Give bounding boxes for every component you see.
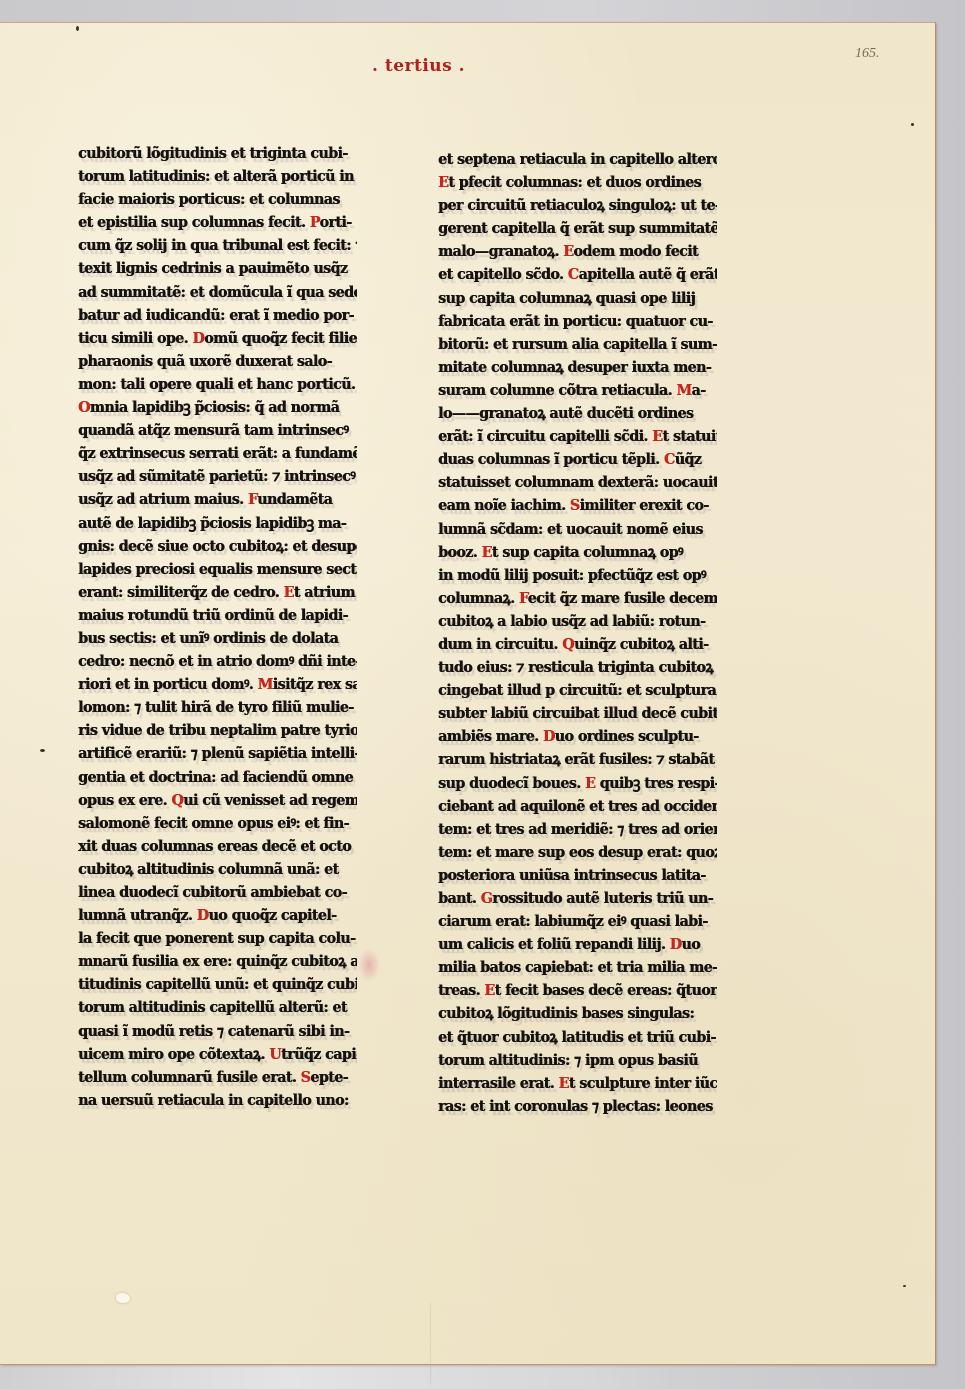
line-text-before: milia batos capiebat: et tria milia me-	[438, 958, 717, 976]
text-line: torum altitudinis capitellũ alterũ: et	[78, 996, 357, 1019]
text-line: cingebat illud p circuitũ: et sculptura	[438, 679, 717, 702]
text-line: texit lignis cedrinis a pauimẽto usq̃z	[78, 257, 357, 280]
line-text-after: t statuit	[662, 427, 717, 445]
text-line: tem: et mare sup eos desup erat: quoꝝ	[438, 841, 717, 864]
line-text-before: facie maioris porticus: et columnas	[78, 190, 340, 208]
line-text-before: gnis: decẽ siue octo cubitoꝝ: et desuper	[78, 537, 357, 555]
margin-mark	[40, 749, 45, 752]
line-text-after: imiliter erexit co-	[579, 496, 708, 514]
text-line: riori et in porticu domꝰ. Misitq̃z rex s…	[78, 673, 357, 696]
text-line: gerent capitella q̃ erãt sup summitatẽ	[438, 217, 717, 240]
text-line: gentia et doctrina: ad faciendũ omne	[78, 766, 357, 789]
line-text-after: ũq̃z	[675, 450, 702, 468]
rubricated-initial: S	[301, 1068, 311, 1086]
text-line: quandã atq̃z mensurã tam intrinsecꝰ	[78, 419, 357, 442]
text-line: erãt: ĩ circuitu capitelli sc̃di. Et sta…	[438, 425, 717, 448]
line-text-before: ris vidue de tribu neptalim patre tyrio	[78, 721, 357, 739]
rubricated-initial: E	[482, 543, 492, 561]
rubricated-initial: E	[652, 427, 662, 445]
text-line: duas columnas ĩ porticu tẽpli. Cũq̃z	[438, 448, 717, 471]
line-text-before: torum latitudinis: et alterã porticũ in	[78, 167, 354, 185]
text-line: booz. Et sup capita columnaꝝ opꝰ	[438, 541, 717, 564]
text-line: ciebant ad aquilonẽ et tres ad occiden-	[438, 795, 717, 818]
text-line: et epistilia sup columnas fecit. Porti-	[78, 211, 357, 234]
text-line: torum latitudinis: et alterã porticũ in	[78, 165, 357, 188]
text-line: torum altitudinis: ⁊ ipm opus basiũ	[438, 1049, 717, 1072]
line-text-before: cubitorũ lõgitudinis et triginta cubi-	[78, 144, 348, 162]
line-text-before: mnarũ fusilia ex ere: quinq̃z cubitoꝝ al…	[78, 952, 357, 970]
line-text-before: autẽ de lapidibꝫ p̃ciosis lapidibꝫ ma-	[78, 514, 346, 532]
line-text-before: linea duodecĩ cubitorũ ambiebat co-	[78, 883, 347, 901]
line-text-before: eam noĩe iachim.	[438, 496, 570, 514]
text-line: subter labiũ circuibat illud decẽ cubiti…	[438, 702, 717, 725]
line-text-before: interrasile erat.	[438, 1074, 559, 1092]
line-text-before: gerent capitella q̃ erãt sup summitatẽ	[438, 219, 717, 237]
line-text-before: lumnã sc̃dam: et uocauit nomẽ eius	[438, 520, 703, 538]
text-line: lumnã sc̃dam: et uocauit nomẽ eius	[438, 518, 717, 541]
line-text-after: quibꝫ tres respi-	[595, 774, 717, 792]
line-text-before: subter labiũ circuibat illud decẽ cubiti…	[438, 704, 717, 722]
text-line: et q̃tuor cubitoꝝ latitudis et triũ cubi…	[438, 1026, 717, 1049]
text-line: opus ex ere. Qui cũ venisset ad regem	[78, 789, 357, 812]
rubricated-initial: M	[676, 381, 691, 399]
text-line: xit duas columnas ereas decẽ et octo	[78, 835, 357, 858]
line-text-after: a-	[691, 381, 705, 399]
rubricated-initial: E	[284, 583, 294, 601]
text-line: suram columne cõtra retiacula. Ma-	[438, 379, 717, 402]
line-text-after: mnia lapidibꝫ p̃ciosis: q̃ ad normã	[90, 398, 339, 416]
line-text-before: treas.	[438, 981, 484, 999]
line-text-before: um calicis et foliũ repandi lilij.	[438, 935, 670, 953]
line-text-before: torum altitudinis capitellũ alterũ: et	[78, 998, 347, 1016]
ink-speck	[903, 1285, 906, 1287]
line-text-before: tem: et tres ad meridiẽ: ⁊ tres ad orien…	[438, 820, 717, 838]
line-text-before: torum altitudinis: ⁊ ipm opus basiũ	[438, 1051, 698, 1069]
line-text-before: cum q̃z solij in qua tribunal est fecit:…	[78, 236, 357, 254]
running-head: . tertius .	[372, 56, 465, 76]
rubricated-initial: C	[568, 265, 579, 283]
text-line: mitate columnaꝝ desuper iuxta men-	[438, 356, 717, 379]
line-text-after: t atrium	[294, 583, 355, 601]
line-text-before: pharaonis quã uxorẽ duxerat salo-	[78, 352, 332, 370]
rubricated-initial: P	[310, 213, 320, 231]
rubricated-initial: E	[438, 173, 448, 191]
rubricated-initial: E	[559, 1074, 569, 1092]
line-text-before: usq̃z ad atrium maius.	[78, 490, 248, 508]
line-text-before: sup capita columnaꝝ quasi ope lilij	[438, 289, 695, 307]
line-text-before: usq̃z ad sũmitatẽ parietũ: ⁊ intrinsecꝰ	[78, 467, 355, 485]
text-line: cedro: necnõ et in atrio domꝰ dñi inte-	[78, 650, 357, 673]
rubricated-initial: E	[484, 981, 494, 999]
rubricated-initial: Q	[562, 635, 574, 653]
line-text-after: uo ordines sculptu-	[555, 727, 699, 745]
line-text-after: orti-	[319, 213, 351, 231]
ink-speck	[911, 123, 914, 126]
text-line: ras: et int coronulas ⁊ plectas: leones	[438, 1095, 717, 1118]
line-text-after: undamẽta	[257, 490, 332, 508]
line-text-before: uicem miro ope cõtextaꝝ.	[78, 1045, 269, 1063]
line-text-before: et epistilia sup columnas fecit.	[78, 213, 310, 231]
text-line: cubitorũ lõgitudinis et triginta cubi-	[78, 142, 357, 165]
text-line: cum q̃z solij in qua tribunal est fecit:…	[78, 234, 357, 257]
line-text-before: ras: et int coronulas ⁊ plectas: leones	[438, 1097, 713, 1115]
line-text-before: artificẽ erariũ: ⁊ plenũ sapiẽtia intell…	[78, 744, 357, 762]
text-line: eam noĩe iachim. Similiter erexit co-	[438, 494, 717, 517]
line-text-before: sup duodecĩ boues.	[438, 774, 585, 792]
line-text-after: omũ quoq̃z fecit filie	[204, 329, 357, 347]
folio-number: 165.	[855, 46, 880, 62]
text-line: lapides preciosi equalis mensure secti	[78, 558, 357, 581]
line-text-after: t sup capita columnaꝝ opꝰ	[492, 543, 683, 561]
ink-speck	[76, 26, 79, 31]
line-text-before: et capitello sc̃do.	[438, 265, 568, 283]
line-text-before: mitate columnaꝝ desuper iuxta men-	[438, 358, 711, 376]
text-line: dum in circuitu. Quinq̃z cubitoꝝ alti-	[438, 633, 717, 656]
right-text-column: et septena retiacula in capitello altero…	[438, 148, 738, 1118]
line-text-before: dum in circuitu.	[438, 635, 562, 653]
text-line: ciarum erat: labiumq̃z eiꝰ quasi labi-	[438, 910, 717, 933]
line-text-before: ciarum erat: labiumq̃z eiꝰ quasi labi-	[438, 912, 708, 930]
line-text-before: tem: et mare sup eos desup erat: quoꝝ	[438, 843, 717, 861]
line-text-before: bitorũ: et rursum alia capitella ĩ sum-	[438, 335, 717, 353]
line-text-before: ciebant ad aquilonẽ et tres ad occiden-	[438, 797, 717, 815]
text-line: ad summitatẽ: et domũcula ĩ qua sede-	[78, 281, 357, 304]
line-text-before: quasi ĩ modũ retis ⁊ catenarũ sibi in-	[78, 1022, 349, 1040]
text-line: bus sectis: et unĩꝰ ordinis de dolata	[78, 627, 357, 650]
line-text-before: cingebat illud p circuitũ: et sculptura	[438, 681, 716, 699]
line-text-before: bant.	[438, 889, 481, 907]
line-text-after: rossitudo autẽ luteris triũ un-	[492, 889, 713, 907]
line-text-before: la fecit que ponerent sup capita colu-	[78, 929, 355, 947]
line-text-after: t pfecit columnas: et duos ordines	[448, 173, 701, 191]
rubricated-initial: D	[192, 329, 204, 347]
rubricated-initial: S	[570, 496, 580, 514]
text-line: et capitello sc̃do. Capitella autẽ q̃ er…	[438, 263, 717, 286]
rubricated-initial: F	[248, 490, 257, 508]
rubricated-initial: E	[563, 242, 573, 260]
line-text-before: tudo eius: ⁊ resticula triginta cubitoꝝ	[438, 658, 713, 676]
line-text-before: gentia et doctrina: ad faciendũ omne	[78, 768, 353, 786]
text-line: maius rotundũ triũ ordinũ de lapidi-	[78, 604, 357, 627]
rubricated-initial: D	[197, 906, 209, 924]
line-text-before: booz.	[438, 543, 482, 561]
text-line: salomonẽ fecit omne opus eiꝰ: et fin-	[78, 812, 357, 835]
left-text-column: cubitorũ lõgitudinis et triginta cubi-to…	[78, 142, 378, 1112]
line-text-after: odem modo fecit	[573, 242, 698, 260]
text-line: statuisset columnam dexterã: uocauit	[438, 471, 717, 494]
line-text-before: fabricata erãt in porticu: quatuor cu-	[438, 312, 713, 330]
text-line: ambiẽs mare. Duo ordines sculptu-	[438, 725, 717, 748]
text-line: quasi ĩ modũ retis ⁊ catenarũ sibi in-	[78, 1020, 357, 1043]
line-text-after: epte-	[310, 1068, 348, 1086]
text-line: Et pfecit columnas: et duos ordines	[438, 171, 717, 194]
rubricated-initial: D	[543, 727, 555, 745]
text-line: interrasile erat. Et sculpture inter iũc…	[438, 1072, 717, 1095]
line-text-after: uo quoq̃z capitel-	[208, 906, 336, 924]
line-text-after: apitella autẽ q̃ erãt	[578, 265, 717, 283]
line-text-before: lumnã utranq̃z.	[78, 906, 197, 924]
text-line: posteriora uniũsa intrinsecus latita-	[438, 864, 717, 887]
line-text-before: lapides preciosi equalis mensure secti	[78, 560, 357, 578]
line-text-before: quandã atq̃z mensurã tam intrinsecꝰ	[78, 421, 348, 439]
line-text-after: ecit q̃z mare fusile decem	[528, 589, 717, 607]
text-line: uicem miro ope cõtextaꝝ. Utrũq̃z capi-	[78, 1043, 357, 1066]
text-line: rarum histriataꝝ erãt fusiles: ⁊ stabãt	[438, 748, 717, 771]
line-text-before: lo——granatoꝝ autẽ ducẽti ordines	[438, 404, 693, 422]
line-text-before: riori et in porticu domꝰ.	[78, 675, 258, 693]
line-text-after: ui cũ venisset ad regem	[183, 791, 357, 809]
text-line: tem: et tres ad meridiẽ: ⁊ tres ad orien…	[438, 818, 717, 841]
text-line: mnarũ fusilia ex ere: quinq̃z cubitoꝝ al…	[78, 950, 357, 973]
rubricated-initial: O	[78, 398, 90, 416]
text-line: gnis: decẽ siue octo cubitoꝝ: et desuper	[78, 535, 357, 558]
text-line: facie maioris porticus: et columnas	[78, 188, 357, 211]
text-line: batur ad iudicandũ: erat ĩ medio por-	[78, 304, 357, 327]
text-line: mon: tali opere quali et hanc porticũ.	[78, 373, 357, 396]
text-line: malo—granatoꝝ. Eodem modo fecit	[438, 240, 717, 263]
text-line: bant. Grossitudo autẽ luteris triũ un-	[438, 887, 717, 910]
line-text-before: na uersuũ retiacula in capitello uno:	[78, 1091, 349, 1109]
line-text-after: isitq̃z rex sa-	[273, 675, 357, 693]
text-line: linea duodecĩ cubitorũ ambiebat co-	[78, 881, 357, 904]
line-text-before: opus ex ere.	[78, 791, 171, 809]
text-line: milia batos capiebat: et tria milia me-	[438, 956, 717, 979]
line-text-before: posteriora uniũsa intrinsecus latita-	[438, 866, 706, 884]
line-text-before: in modũ lilij posuit: pfectũq̃z est opꝰ	[438, 566, 706, 584]
rubricated-initial: D	[670, 935, 682, 953]
line-text-before: titudinis capitellũ unũ: et quinq̃z cubi…	[78, 975, 357, 993]
text-line: tudo eius: ⁊ resticula triginta cubitoꝝ	[438, 656, 717, 679]
text-line: columnaꝝ. Fecit q̃z mare fusile decem	[438, 587, 717, 610]
line-text-before: erãt: ĩ circuitu capitelli sc̃di.	[438, 427, 652, 445]
rubricated-initial: Q	[171, 791, 183, 809]
line-text-after: t fecit bases decẽ ereas: q̃tuor	[495, 981, 717, 999]
text-line: la fecit que ponerent sup capita colu-	[78, 927, 357, 950]
text-line: lomon: ⁊ tulit hirã de tyro filiũ mulie-	[78, 696, 357, 719]
text-line: erant: similiterq̃z de cedro. Et atrium	[78, 581, 357, 604]
line-text-before: ambiẽs mare.	[438, 727, 543, 745]
text-line: um calicis et foliũ repandi lilij. Duo	[438, 933, 717, 956]
rubricated-initial: E	[585, 774, 595, 792]
text-line: cubitoꝝ altitudinis columnã unã: et	[78, 858, 357, 881]
line-text-before: salomonẽ fecit omne opus eiꝰ: et fin-	[78, 814, 349, 832]
text-line: q̃z extrinsecus serrati erãt: a fundamẽt…	[78, 442, 357, 465]
text-line: sup capita columnaꝝ quasi ope lilij	[438, 287, 717, 310]
line-text-before: q̃z extrinsecus serrati erãt: a fundamẽt…	[78, 444, 357, 462]
text-line: titudinis capitellũ unũ: et quinq̃z cubi…	[78, 973, 357, 996]
text-line: lumnã utranq̃z. Duo quoq̃z capitel-	[78, 904, 357, 927]
line-text-before: cubitoꝝ a labio usq̃z ad labiũ: rotun-	[438, 612, 705, 630]
line-text-before: et septena retiacula in capitello altero…	[438, 150, 717, 168]
line-text-before: malo—granatoꝝ.	[438, 242, 563, 260]
text-line: usq̃z ad atrium maius. Fundamẽta	[78, 488, 357, 511]
line-text-before: mon: tali opere quali et hanc porticũ.	[78, 375, 355, 393]
text-line: tellum columnarũ fusile erat. Septe-	[78, 1066, 357, 1089]
line-text-before: suram columne cõtra retiacula.	[438, 381, 676, 399]
text-line: sup duodecĩ boues. E quibꝫ tres respi-	[438, 772, 717, 795]
line-text-before: maius rotundũ triũ ordinũ de lapidi-	[78, 606, 348, 624]
text-line: na uersuũ retiacula in capitello uno:	[78, 1089, 357, 1112]
line-text-before: duas columnas ĩ porticu tẽpli.	[438, 450, 664, 468]
line-text-before: per circuitũ retiaculoꝝ singuloꝝ: ut te-	[438, 196, 717, 214]
text-line: cubitoꝝ a labio usq̃z ad labiũ: rotun-	[438, 610, 717, 633]
rubricated-initial: U	[269, 1045, 281, 1063]
text-line: in modũ lilij posuit: pfectũq̃z est opꝰ	[438, 564, 717, 587]
text-line: artificẽ erariũ: ⁊ plenũ sapiẽtia intell…	[78, 742, 357, 765]
text-line: ris vidue de tribu neptalim patre tyrio	[78, 719, 357, 742]
text-line: cubitoꝝ lõgitudinis bases singulas:	[438, 1002, 717, 1025]
line-text-before: cedro: necnõ et in atrio domꝰ dñi inte-	[78, 652, 357, 670]
line-text-before: statuisset columnam dexterã: uocauit	[438, 473, 717, 491]
line-text-before: bus sectis: et unĩꝰ ordinis de dolata	[78, 629, 338, 647]
line-text-before: ad summitatẽ: et domũcula ĩ qua sede-	[78, 283, 357, 301]
line-text-before: ticu simili ope.	[78, 329, 192, 347]
text-line: pharaonis quã uxorẽ duxerat salo-	[78, 350, 357, 373]
line-text-before: columnaꝝ.	[438, 589, 519, 607]
line-text-before: erant: similiterq̃z de cedro.	[78, 583, 284, 601]
text-line: Omnia lapidibꝫ p̃ciosis: q̃ ad normã	[78, 396, 357, 419]
text-line: treas. Et fecit bases decẽ ereas: q̃tuor	[438, 979, 717, 1002]
line-text-before: texit lignis cedrinis a pauimẽto usq̃z	[78, 259, 347, 277]
line-text-before: cubitoꝝ lõgitudinis bases singulas:	[438, 1004, 694, 1022]
rubricated-initial: M	[258, 675, 273, 693]
line-text-before: et q̃tuor cubitoꝝ latitudis et triũ cubi…	[438, 1028, 716, 1046]
line-text-before: rarum histriataꝝ erãt fusiles: ⁊ stabãt	[438, 750, 714, 768]
text-line: usq̃z ad sũmitatẽ parietũ: ⁊ intrinsecꝰ	[78, 465, 357, 488]
rubricated-initial: G	[481, 889, 493, 907]
text-line: lo——granatoꝝ autẽ ducẽti ordines	[438, 402, 717, 425]
line-text-after: uo	[681, 935, 700, 953]
line-text-before: cubitoꝝ altitudinis columnã unã: et	[78, 860, 338, 878]
rubricated-initial: C	[664, 450, 675, 468]
text-line: bitorũ: et rursum alia capitella ĩ sum-	[438, 333, 717, 356]
leaf-crease	[430, 1303, 431, 1385]
line-text-after: trũq̃z capi-	[281, 1045, 357, 1063]
line-text-after: t sculpture inter iũctu-	[569, 1074, 717, 1092]
line-text-before: batur ad iudicandũ: erat ĩ medio por-	[78, 306, 354, 324]
line-text-before: tellum columnarũ fusile erat.	[78, 1068, 301, 1086]
text-line: fabricata erãt in porticu: quatuor cu-	[438, 310, 717, 333]
text-line: per circuitũ retiaculoꝝ singuloꝝ: ut te-	[438, 194, 717, 217]
text-line: et septena retiacula in capitello altero…	[438, 148, 717, 171]
text-line: autẽ de lapidibꝫ p̃ciosis lapidibꝫ ma-	[78, 512, 357, 535]
parchment-hole	[116, 1293, 130, 1303]
text-line: ticu simili ope. Domũ quoq̃z fecit filie	[78, 327, 357, 350]
line-text-before: lomon: ⁊ tulit hirã de tyro filiũ mulie-	[78, 698, 354, 716]
line-text-before: xit duas columnas ereas decẽ et octo	[78, 837, 351, 855]
line-text-after: uinq̃z cubitoꝝ alti-	[574, 635, 708, 653]
